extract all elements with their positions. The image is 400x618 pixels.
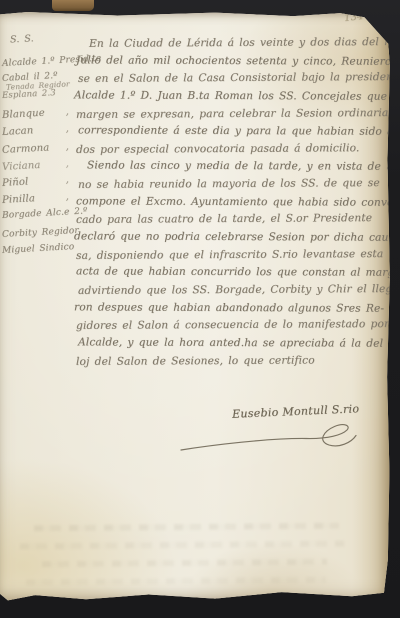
manuscript-scan: 134 S. S. Alcalde 1.º Presid.te Cabal il… [0,0,400,618]
bleed-through-line [34,523,339,532]
margin-attendee: Borgade Alc.e 2.º [2,207,74,221]
attendee-mark: , [65,123,69,134]
margin-attendee: Alcalde 1.º Presid.te [2,55,74,69]
manuscript-line: cado para las cuatro de la tarde, el S.o… [76,210,378,229]
attendee-name: Blanque [2,108,45,121]
margin-attendee: Carmona , [2,141,74,156]
attendee-mark: , [65,191,69,202]
attendee-name: Esplana 2.3 [2,88,56,101]
manuscript-line: gidores el Salon á consecuencia de lo ma… [76,316,378,335]
attendee-name: Corbity Regidor [2,226,79,240]
attendee-mark: , [65,158,69,169]
manuscript-line: Alcalde, y que la hora anted.ha se aprec… [78,334,378,353]
manuscript-line: Siendo las cinco y media de la tarde, y … [74,158,378,177]
manuscript-line: declaró que no podria celebrarse Sesion … [74,228,378,247]
manuscript-line: En la Ciudad de Lérida á los veinte y do… [76,34,378,53]
manuscript-page: 134 S. S. Alcalde 1.º Presid.te Cabal il… [0,12,391,601]
attendee-name: Viciana [2,160,41,173]
margin-attendee: Blanque , [2,106,74,121]
margin-attendee: Viciana , [2,158,74,173]
bleed-through-line [20,541,345,550]
manuscript-line: acta de que habian concurrido los que co… [76,264,378,283]
manuscript-line: correspondiente á este dia y para la que… [78,123,378,142]
attendee-name: Carmona [2,142,50,155]
secretary-signature: Eusebio Montull S.rio [232,402,360,421]
manuscript-line: sa, disponiendo que el infrascrito S.rio… [76,246,378,265]
attendee-name: Pinilla [2,193,36,206]
manuscript-line: no se habia reunido la mayoria de los SS… [78,175,378,194]
margin-attendee: Piñol , [2,174,74,189]
manuscript-line: compone el Excmo. Ayuntamiento que habia… [76,193,378,212]
margin-attendee: Pinilla , [2,191,74,206]
manuscript-line: ron despues que habian abandonado alguno… [74,299,378,318]
acta-body-text: En la Ciudad de Lérida á los veinte y do… [76,35,378,370]
attendee-mark: , [65,174,69,185]
attendee-mark [69,87,70,97]
manuscript-line: dos por especial convocatoria pasada á d… [76,140,378,159]
margin-attendee: Lacan , [2,123,74,138]
attendee-name: Piñol [2,177,29,189]
attendee-name: Lacan [2,125,34,138]
manuscript-line: Alcalde 1.º D. Juan B.ta Roman los SS. C… [74,87,378,106]
attendee-name: S. S. [10,33,34,45]
margin-attendee: Miguel Sindico [2,242,74,256]
attendee-name: Borgade Alc.e 2.º [2,206,88,220]
manuscript-line: se en el Salon de la Casa Consistorial b… [78,69,378,88]
bleed-through-line [42,559,327,567]
attendee-mark: , [65,141,69,152]
attendee-mark: , [65,106,69,117]
attendee-mark [69,31,70,42]
manuscript-line: loj del Salon de Sesiones, lo que certif… [76,352,378,371]
manuscript-line: margen se expresan, para celebrar la Ses… [76,105,378,124]
page-number: 134 [343,11,364,24]
manuscript-line: advirtiendo que los SS. Borgade, Corbity… [78,281,378,300]
bleed-through-line [26,577,326,586]
margin-attendee: S. S. [2,31,74,46]
margin-attendee: Corbity Regidor [2,226,74,240]
attendee-name: Miguel Sindico [2,242,75,256]
manuscript-line: Julio del año mil ochocientos setenta y … [76,52,378,71]
binding-scrap [52,0,94,11]
signature-rubric [178,420,363,464]
